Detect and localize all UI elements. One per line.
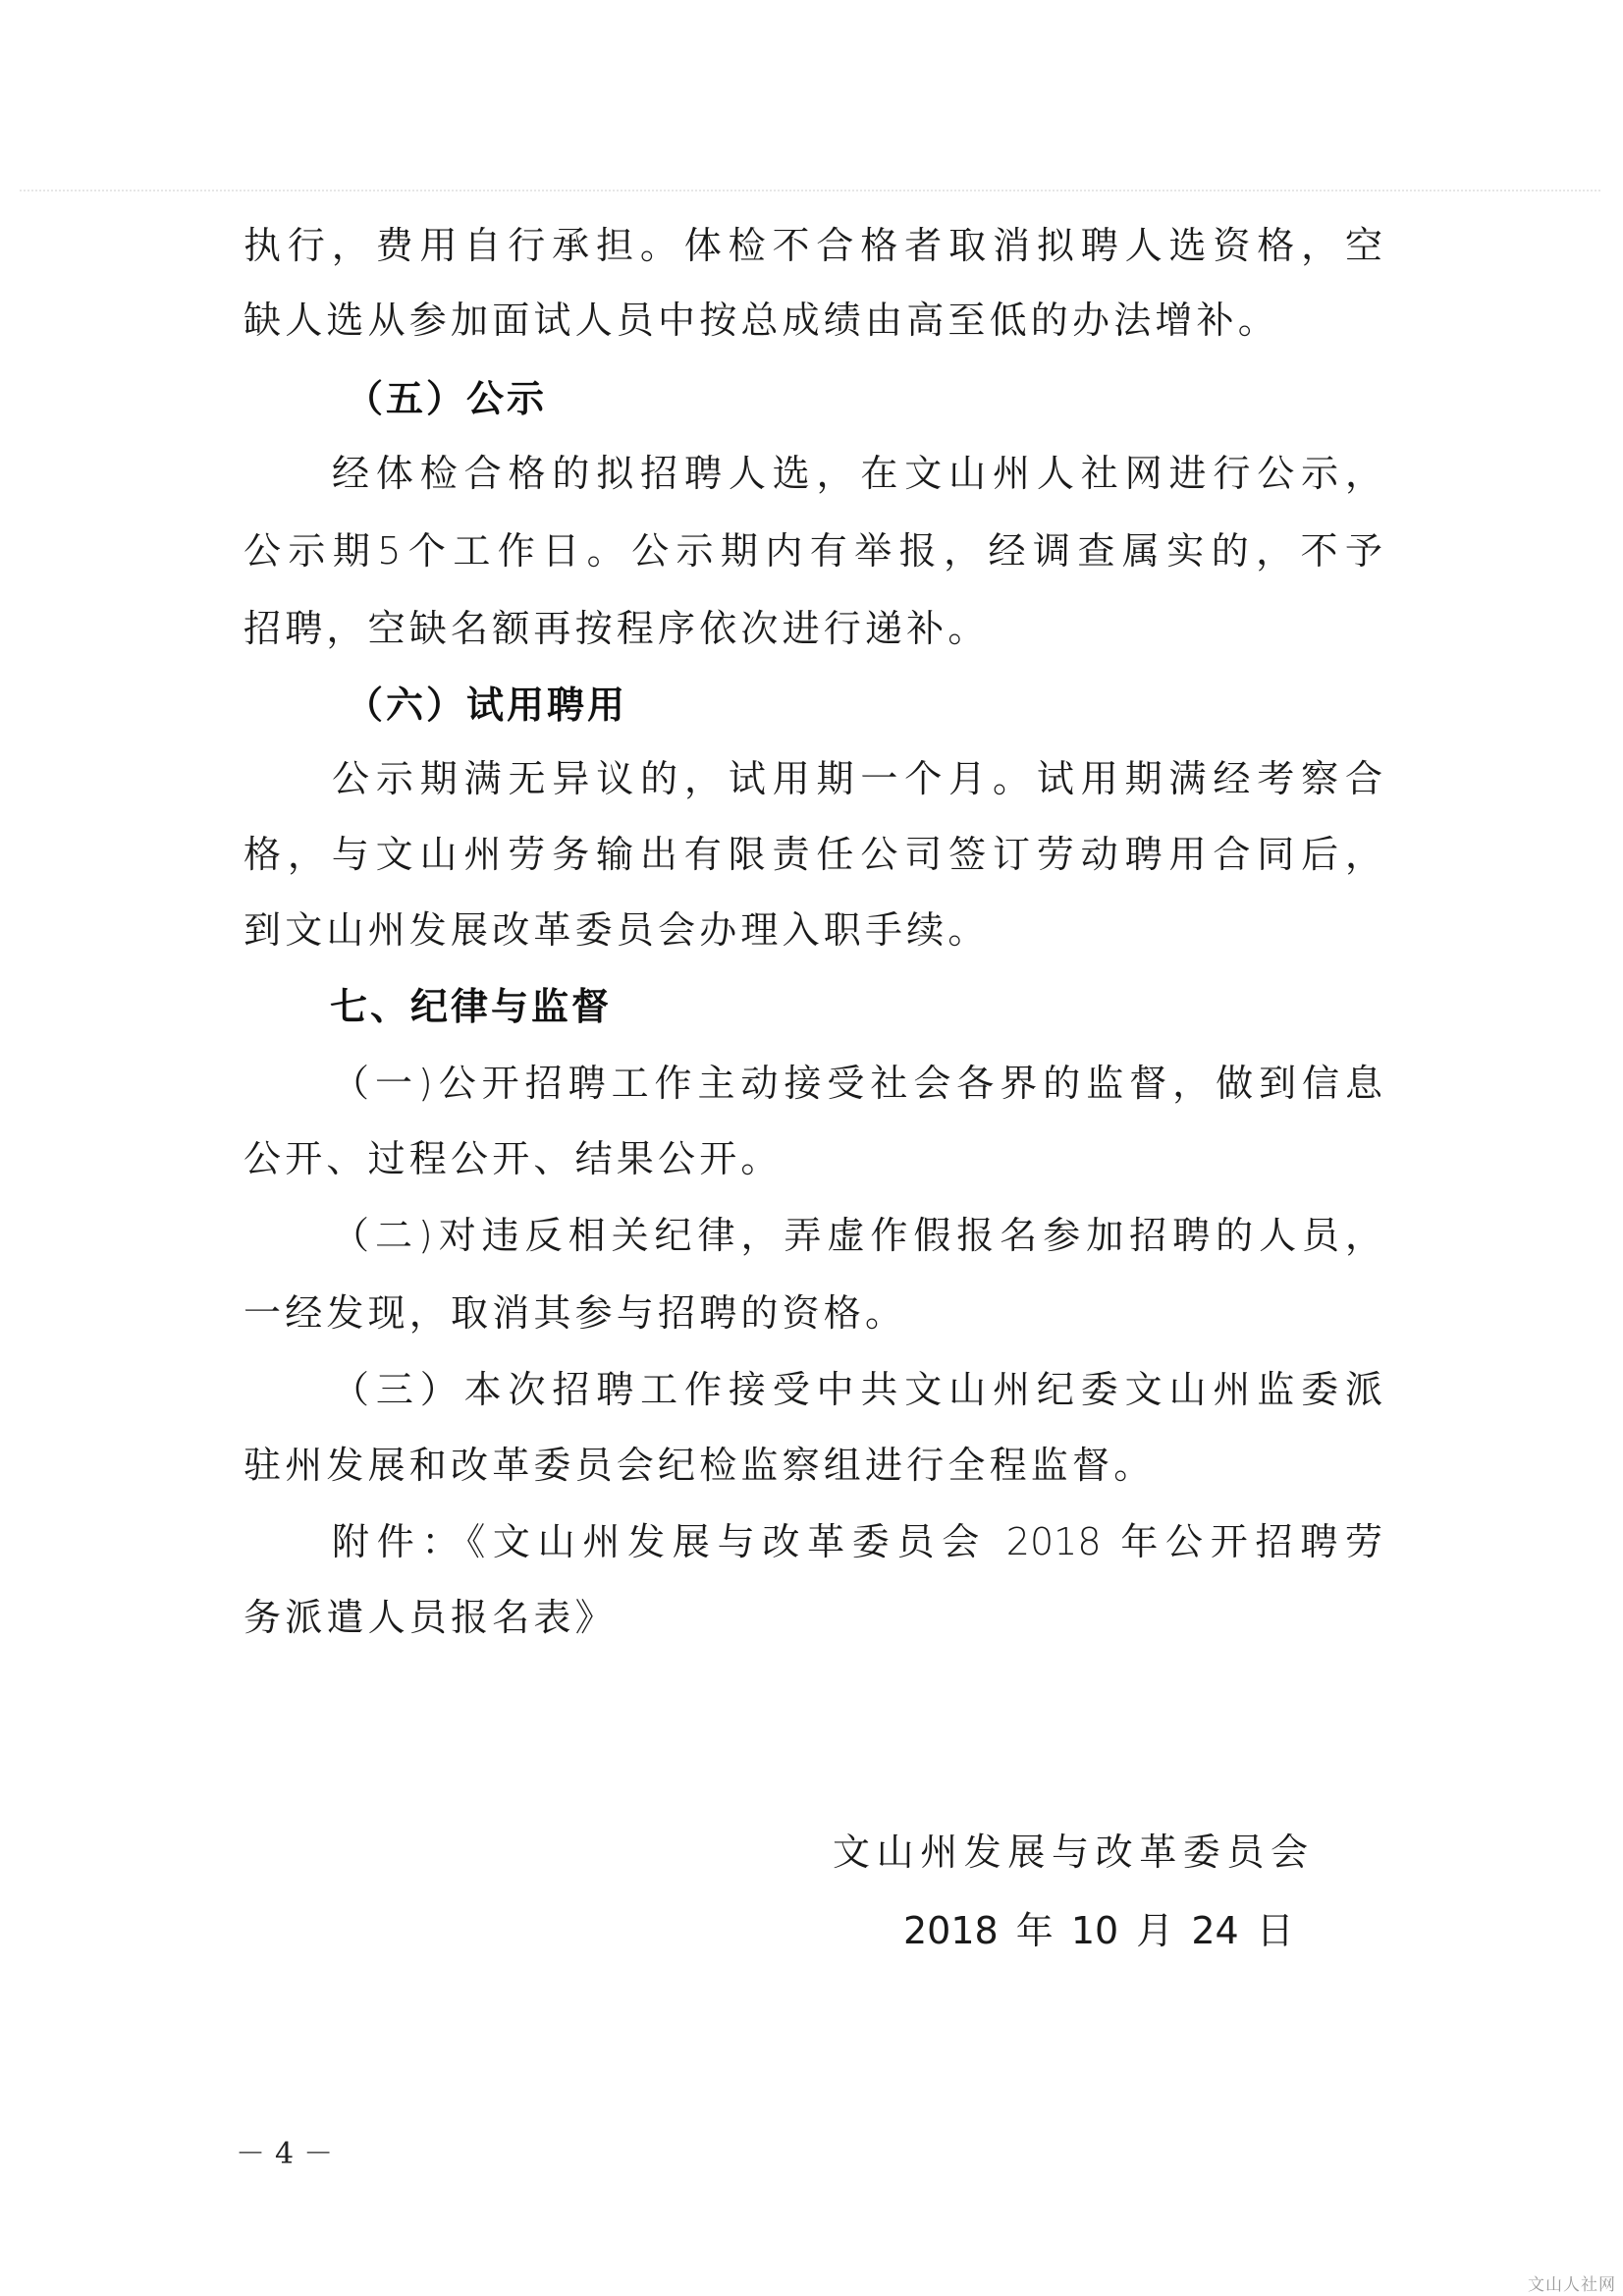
section-heading-probation: （六）试用聘用 (346, 682, 627, 729)
section-heading-publicity: （五）公示 (346, 375, 547, 422)
body-line-discipline-6: 驻州发展和改革委员会纪检监察组进行全程监督。 (243, 1442, 1382, 1489)
signature-date: 2018 年 10 月 24 日 (903, 1907, 1269, 1954)
body-line-discipline-3: （二)对违反相关纪律，弄虚作假报名参加招聘的人员， (332, 1212, 1382, 1259)
body-line-publicity-2: 公示期5个工作日。公示期内有举报，经调查属实的，不予 (243, 527, 1382, 574)
section-heading-discipline: 七、纪律与监督 (330, 983, 612, 1030)
scan-artifact-line (20, 190, 1600, 191)
attachment-line-2: 务派遣人员报名表》 (243, 1594, 1382, 1641)
body-line-discipline-2: 公开、过程公开、结果公开。 (243, 1135, 1382, 1182)
body-line-1: 执行，费用自行承担。体检不合格者取消拟聘人选资格，空 (243, 222, 1382, 269)
body-line-2: 缺人选从参加面试人员中按总成绩由高至低的办法增补。 (243, 297, 1382, 344)
body-line-publicity-3: 招聘，空缺名额再按程序依次进行递补。 (243, 605, 1382, 652)
body-line-publicity-1: 经体检合格的拟招聘人选，在文山州人社网进行公示， (332, 450, 1382, 497)
attachment-line-1: 附件：《文山州发展与改革委员会 2018 年公开招聘劳 (332, 1518, 1382, 1565)
body-line-probation-3: 到文山州发展改革委员会办理入职手续。 (243, 906, 1382, 954)
watermark: 文山人社网 (1528, 2274, 1623, 2296)
body-line-probation-2: 格，与文山州劳务输出有限责任公司签订劳动聘用合同后， (243, 831, 1382, 878)
body-line-discipline-5: （三）本次招聘工作接受中共文山州纪委文山州监委派 (332, 1366, 1382, 1413)
signature-organization: 文山州发展与改革委员会 (833, 1829, 1308, 1876)
page-number: －4－ (236, 2133, 344, 2176)
body-line-discipline-1: （一)公开招聘工作主动接受社会各界的监督，做到信息 (332, 1060, 1382, 1107)
body-line-discipline-4: 一经发现，取消其参与招聘的资格。 (243, 1289, 1382, 1337)
body-line-probation-1: 公示期满无异议的，试用期一个月。试用期满经考察合 (332, 755, 1382, 802)
